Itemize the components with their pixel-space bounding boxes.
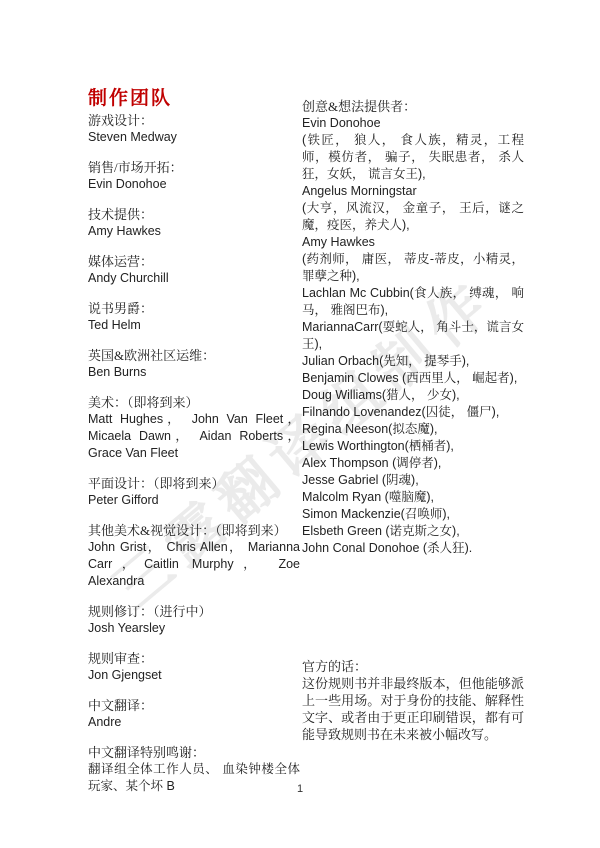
contributor-entry: Amy Hawkes [302,234,524,251]
credit-names: Amy Hawkes [88,223,300,240]
credit-role-label: 技术提供： [88,206,300,223]
credit-role-label: 英国&欧洲社区运维： [88,347,300,364]
credit-names: Jon Gjengset [88,667,300,684]
contributor-entry: Regina Neeson(拟态魔), [302,421,524,438]
credit-names: Andy Churchill [88,270,300,287]
credit-names: Ted Helm [88,317,300,334]
document-page: 三露翻译组制作 制作团队 游戏设计：Steven Medway销售/市场开拓：E… [0,0,600,848]
credit-role-label: 规则审查： [88,650,300,667]
right-column: 创意&想法提供者： Evin Donohoe(铁匠， 狼人， 食人族，精灵，工程… [302,98,524,557]
credit-section: 媒体运营：Andy Churchill [88,253,300,287]
contributor-entry: John Conal Donohoe (杀人狂). [302,540,524,557]
contributor-entry: Alex Thompson (调停者), [302,455,524,472]
contributor-entry: MariannaCarr(耍蛇人， 角斗士，谎言女王), [302,319,524,353]
page-title: 制作团队 [88,83,172,110]
contributor-list: Evin Donohoe(铁匠， 狼人， 食人族，精灵，工程师，模仿者， 骗子，… [302,115,524,557]
credit-section: 说书男爵：Ted Helm [88,300,300,334]
contributor-entry: Simon Mackenzie(召唤师), [302,506,524,523]
credit-names: Andre [88,714,300,731]
page-number: 1 [0,783,600,795]
credit-section: 技术提供：Amy Hawkes [88,206,300,240]
contributor-entry: (铁匠， 狼人， 食人族，精灵，工程师，模仿者， 骗子， 失眠患者， 杀人狂，女… [302,132,524,183]
contributor-entry: Doug Williams(猎人， 少女), [302,387,524,404]
contributor-entry: (药剂师， 庸医， 蒂皮-蒂皮，小精灵， 罪孽之种), [302,251,524,285]
credit-section: 规则审查：Jon Gjengset [88,650,300,684]
credit-role-label: 美术：（即将到来） [88,394,300,411]
credit-section: 其他美术&视觉设计：（即将到来）John Grist， Chris Allen，… [88,522,300,590]
credit-role-label: 媒体运营： [88,253,300,270]
contributors-heading: 创意&想法提供者： [302,98,524,115]
contributor-entry: (大亨，风流汉， 金童子， 王后，谜之魔，疫医，养犬人), [302,200,524,234]
credit-names: Josh Yearsley [88,620,300,637]
credit-role-label: 平面设计：（即将到来） [88,475,300,492]
credit-names: Ben Burns [88,364,300,381]
credit-section: 规则修订：（进行中）Josh Yearsley [88,603,300,637]
credit-role-label: 中文翻译特别鸣谢： [88,744,300,761]
official-note: 官方的话： 这份规则书并非最终版本，但他能够派上一些用场。对于身份的技能、解释性… [302,658,524,743]
credit-section: 中文翻译：Andre [88,697,300,731]
credit-role-label: 说书男爵： [88,300,300,317]
contributor-entry: Angelus Morningstar [302,183,524,200]
contributor-entry: Julian Orbach(先知， 提琴手), [302,353,524,370]
credit-names: Matt Hughes， John Van Fleet， Micaela Daw… [88,411,300,462]
contributor-entry: Filnando Lovenandez(囚徒， 僵尸), [302,404,524,421]
contributor-entry: Lewis Worthington(栖桶者), [302,438,524,455]
official-note-label: 官方的话： [302,658,524,675]
contributor-entry: Evin Donohoe [302,115,524,132]
credit-section: 销售/市场开拓：Evin Donohoe [88,159,300,193]
contributor-entry: Lachlan Mc Cubbin(食人族， 缚魂， 响马， 雅阁巴布), [302,285,524,319]
credit-names: Steven Medway [88,129,300,146]
credit-role-label: 销售/市场开拓： [88,159,300,176]
credit-section: 英国&欧洲社区运维：Ben Burns [88,347,300,381]
credit-section: 游戏设计：Steven Medway [88,112,300,146]
contributor-entry: Jesse Gabriel (阴魂), [302,472,524,489]
left-column: 游戏设计：Steven Medway销售/市场开拓：Evin Donohoe技术… [88,112,300,808]
credit-role-label: 规则修订：（进行中） [88,603,300,620]
credit-names: Peter Gifford [88,492,300,509]
official-note-text: 这份规则书并非最终版本，但他能够派上一些用场。对于身份的技能、解释性文字、或者由… [302,675,524,743]
credit-section: 美术：（即将到来）Matt Hughes， John Van Fleet， Mi… [88,394,300,462]
credit-names: John Grist， Chris Allen， Marianna Carr，C… [88,539,300,590]
contributor-entry: Elsbeth Green (诺克斯之女), [302,523,524,540]
credit-section: 平面设计：（即将到来）Peter Gifford [88,475,300,509]
contributor-entry: Benjamin Clowes (西西里人， 崛起者), [302,370,524,387]
credit-role-label: 游戏设计： [88,112,300,129]
credit-role-label: 中文翻译： [88,697,300,714]
contributor-entry: Malcolm Ryan (噬脑魔), [302,489,524,506]
credit-role-label: 其他美术&视觉设计：（即将到来） [88,522,300,539]
credit-names: Evin Donohoe [88,176,300,193]
